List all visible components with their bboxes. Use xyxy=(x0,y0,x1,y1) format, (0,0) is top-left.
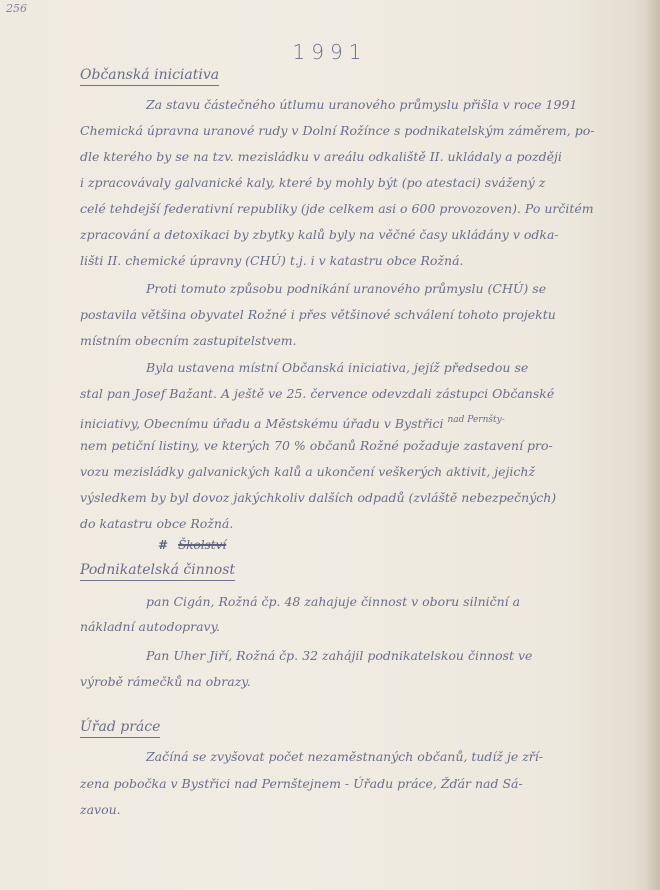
text-line: výrobě rámečků na obrazy. xyxy=(80,674,640,690)
text-line: Proti tomuto způsobu podnikání uranového… xyxy=(146,281,640,297)
section-heading-labor-office: Úřad práce xyxy=(80,718,160,738)
text-line: lišti II. chemické úpravny (CHÚ) t.j. i … xyxy=(80,253,640,269)
section-heading-civic-initiative: Občanská iniciativa xyxy=(80,66,219,86)
text-line: i zpracovávaly galvanické kaly, které by… xyxy=(80,175,640,191)
text-line: stal pan Josef Bažant. A ještě ve 25. če… xyxy=(80,386,640,402)
struck-out-heading: #Školství xyxy=(158,538,226,552)
text-line: Za stavu částečného útlumu uranového prů… xyxy=(146,97,640,113)
struck-word: Školství xyxy=(178,538,226,552)
year-title: 1991 xyxy=(0,40,660,64)
hash-mark: # xyxy=(158,538,168,552)
text-line: nákladní autodopravy. xyxy=(80,619,640,635)
text-line: Pan Uher Jiří, Rožná čp. 32 zahájil podn… xyxy=(146,648,640,664)
text-line: do katastru obce Rožná. xyxy=(80,516,640,532)
text-line: Byla ustavena místní Občanská iniciativa… xyxy=(146,360,640,376)
text-line: zavou. xyxy=(80,802,640,818)
text-line: vozu mezisládky galvanických kalů a ukon… xyxy=(80,464,640,480)
page-edge-shadow xyxy=(646,0,660,890)
text-line: dle kterého by se na tzv. mezisládku v a… xyxy=(80,149,640,165)
text-line: Chemická úpravna uranové rudy v Dolní Ro… xyxy=(80,123,640,139)
text-line: výsledkem by byl dovoz jakýchkoliv další… xyxy=(80,490,640,506)
text-line: celé tehdejší federativní republiky (jde… xyxy=(80,201,640,217)
text-line-main: iniciativy, Obecnímu úřadu a Městskému ú… xyxy=(80,416,444,431)
chronicle-page: 256 1991 Občanská iniciativa Za stavu čá… xyxy=(0,0,660,890)
text-line: nem petiční listiny, ve kterých 70 % obč… xyxy=(80,438,640,454)
page-number: 256 xyxy=(6,2,27,15)
text-line: pan Cigán, Rožná čp. 48 zahajuje činnost… xyxy=(146,594,640,610)
text-line: postavila většina obyvatel Rožné i přes … xyxy=(80,307,640,323)
text-line: zpracování a detoxikaci by zbytky kalů b… xyxy=(80,227,640,243)
text-line: Začíná se zvyšovat počet nezaměstnaných … xyxy=(146,749,640,765)
text-insertion: nad Pernšty- xyxy=(448,415,505,425)
text-line: zena pobočka v Bystřici nad Pernštejnem … xyxy=(80,776,640,792)
section-heading-business-activity: Podnikatelská činnost xyxy=(80,561,235,581)
text-line: místním obecním zastupitelstvem. xyxy=(80,333,640,349)
text-line: iniciativy, Obecnímu úřadu a Městskému ú… xyxy=(80,412,640,432)
